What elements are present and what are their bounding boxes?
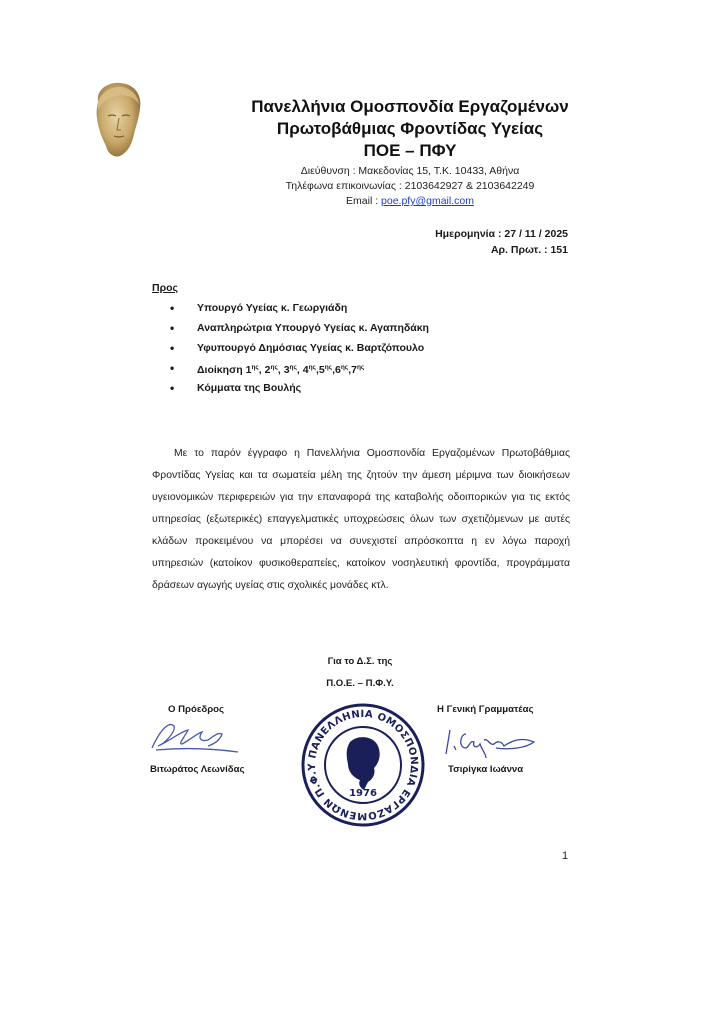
recipient-item-administrations: Διοίκηση 1ης, 2ης, 3ης, 4ης,5ης,6ης,7ης bbox=[170, 358, 429, 378]
general-secretary-title: Η Γενική Γραμματέας bbox=[437, 704, 534, 715]
recipients-list: Υπουργό Υγείας κ. Γεωργιάδη Αναπληρώτρια… bbox=[170, 298, 429, 398]
org-address: Διεύθυνση : Μακεδονίας 15, Τ.Κ. 10433, Α… bbox=[160, 164, 660, 179]
org-email-line: Email : poe.pfy@gmail.com bbox=[160, 194, 660, 209]
recipient-item: Υφυπουργό Δημόσιας Υγείας κ. Βαρτζόπουλο bbox=[170, 338, 429, 358]
administration-numbers: 1ης, 2ης, 3ης, 4ης,5ης,6ης,7ης bbox=[246, 364, 365, 376]
letterhead: Πανελλήνια Ομοσπονδία Εργαζομένων Πρωτοβ… bbox=[160, 96, 660, 209]
recipients-label: Προς bbox=[152, 282, 178, 294]
org-phones: Τηλέφωνα επικοινωνίας : 2103642927 & 210… bbox=[160, 179, 660, 194]
general-secretary-signature-icon bbox=[440, 716, 540, 760]
president-signature-icon bbox=[148, 718, 240, 756]
letter-body: Με το παρόν έγγραφο η Πανελλήνια Ομοσπον… bbox=[152, 443, 570, 597]
protocol-number: Αρ. Πρωτ. : 151 bbox=[435, 242, 568, 258]
svg-text:1976: 1976 bbox=[349, 788, 377, 799]
org-name-line1: Πανελλήνια Ομοσπονδία Εργαζομένων bbox=[160, 96, 660, 118]
recipient-item: Κόμματα της Βουλής bbox=[170, 378, 429, 398]
president-name: Βιτωράτος Λεωνίδας bbox=[150, 764, 244, 775]
board-signature-heading: Για το Δ.Σ. της Π.Ο.Ε. – Π.Φ.Υ. bbox=[270, 651, 450, 695]
document-meta: Ημερομηνία : 27 / 11 / 2025 Αρ. Πρωτ. : … bbox=[435, 226, 568, 258]
recipient-item: Αναπληρώτρια Υπουργό Υγείας κ. Αγαπηδάκη bbox=[170, 318, 429, 338]
email-link[interactable]: poe.pfy@gmail.com bbox=[381, 195, 474, 207]
page-number: 1 bbox=[562, 850, 568, 862]
recipient-item: Υπουργό Υγείας κ. Γεωργιάδη bbox=[170, 298, 429, 318]
organization-stamp: ΠΑΝΕΛΛΗΝΙΑ ΟΜΟΣΠΟΝΔΙΑ ΕΡΓΑΖΟΜΕΝΩΝ Π.Φ.Υ.… bbox=[298, 700, 428, 830]
classical-head-sculpture-icon bbox=[88, 80, 146, 160]
org-acronym: ΠΟΕ – ΠΦΥ bbox=[160, 140, 660, 162]
org-name-line2: Πρωτοβάθμιας Φροντίδας Υγείας bbox=[160, 118, 660, 140]
president-title: Ο Πρόεδρος bbox=[168, 704, 224, 715]
document-date: Ημερομηνία : 27 / 11 / 2025 bbox=[435, 226, 568, 242]
general-secretary-name: Τσιρίγκα Ιωάννα bbox=[448, 764, 523, 775]
email-label: Email : bbox=[346, 195, 381, 207]
